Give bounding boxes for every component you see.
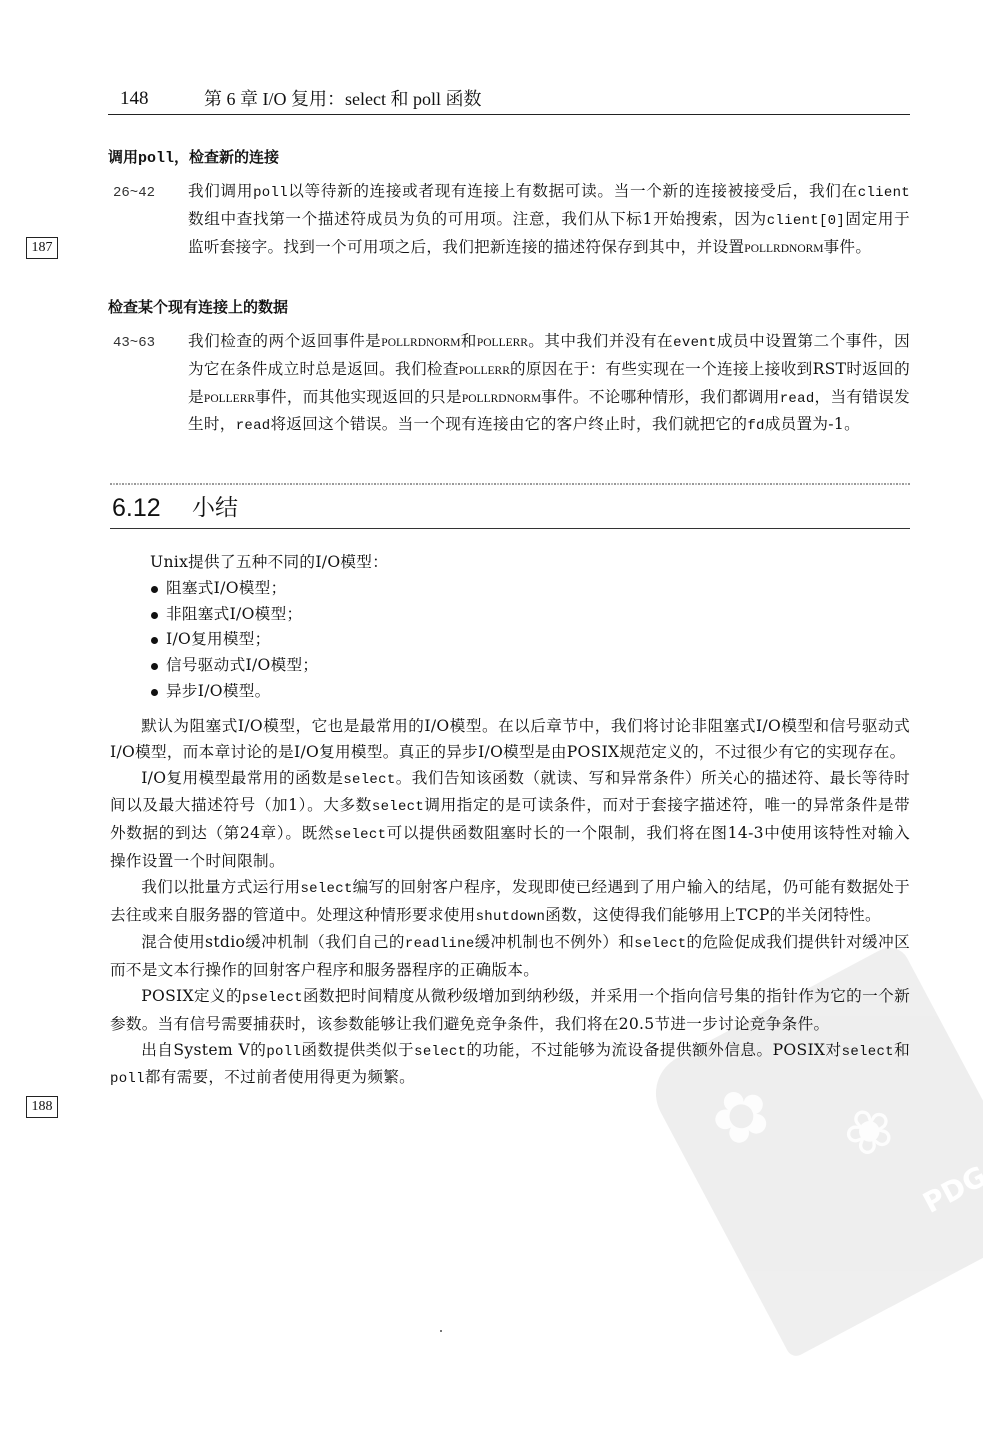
paragraph: POSIX定义的pselect函数把时间精度从微秒级增加到纳秒级，并采用一个指向… xyxy=(110,984,910,1038)
margin-page-ref: 187 xyxy=(26,237,58,259)
text-run: 事件，而其他实现返回的只是 xyxy=(255,388,462,406)
text-run: 函数提供类似于 xyxy=(301,1041,414,1059)
text-run: 。其中我们并没有在 xyxy=(528,332,673,350)
line-range: 43~63 xyxy=(113,335,155,351)
text-run: 以等待新的连接或者现有连接上有数据可读。当一个新的连接被接受后，我们在 xyxy=(288,182,858,200)
watermark-glyph: ❀ xyxy=(831,1089,908,1174)
inline-code: read xyxy=(236,418,271,434)
text-run: 混合使用stdio缓冲机制（我们自己的 xyxy=(141,933,405,951)
inline-code: poll xyxy=(266,1044,301,1060)
text-run: 出自System V的 xyxy=(141,1041,266,1059)
text-run: 缓冲机制也不例外）和 xyxy=(475,933,635,951)
subheading-call-poll: 调用poll，检查新的连接 xyxy=(108,146,279,170)
section-title: 小结 xyxy=(192,488,238,528)
inline-code: shutdown xyxy=(476,909,546,925)
text-run: 事件。 xyxy=(824,238,872,256)
text-run: 数组中查找第一个描述符成员为负的可用项。注意，我们从下标1开始搜索，因为 xyxy=(188,210,767,228)
constant-name: POLLERR xyxy=(459,365,510,377)
constant-name: POLLRDNORM xyxy=(744,243,823,255)
margin-page-ref: 188 xyxy=(26,1096,58,1118)
text-run: 成员置为-1。 xyxy=(765,415,860,433)
text-run: 我们以批量方式运行用 xyxy=(141,878,300,896)
text-run: POSIX定义的 xyxy=(141,987,242,1005)
inline-code: select xyxy=(414,1044,466,1060)
text-run: 和 xyxy=(894,1041,910,1059)
models-intro-block: Unix提供了五种不同的I/O模型： 阻塞式I/O模型； 非阻塞式I/O模型； … xyxy=(150,550,910,705)
text-run: 都有需要，不过前者使用得更为频繁。 xyxy=(145,1068,415,1086)
text-run: 和 xyxy=(461,332,477,350)
constant-name: POLLERR xyxy=(204,393,255,405)
paragraph: 混合使用stdio缓冲机制（我们自己的readline缓冲机制也不例外）和sel… xyxy=(110,930,910,984)
inline-code: readline xyxy=(405,936,475,952)
list-item: 阻塞式I/O模型； xyxy=(150,576,910,602)
subheading-check-data: 检查某个现有连接上的数据 xyxy=(108,296,288,318)
inline-code: client xyxy=(858,185,910,201)
paragraph-check-data: 我们检查的两个返回事件是POLLRDNORM和POLLERR。其中我们并没有在e… xyxy=(188,329,910,440)
inline-code: read xyxy=(780,391,815,407)
section-heading: 6.12 小结 xyxy=(110,488,910,529)
heading-code: poll xyxy=(138,150,174,167)
text-run: 函数，这使得我们能够用上TCP的半关闭特性。 xyxy=(545,906,881,924)
inline-code: poll xyxy=(110,1071,145,1087)
chapter-title: 第 6 章 I/O 复用：select 和 poll 函数 xyxy=(204,84,481,114)
list-item: I/O复用模型； xyxy=(150,627,910,653)
text-run: 事件。不论哪种情形，我们都调用 xyxy=(541,388,780,406)
inline-code: select xyxy=(343,772,395,788)
heading-text: 调用 xyxy=(108,148,138,166)
inline-code: select xyxy=(300,881,352,897)
io-models-list: 阻塞式I/O模型； 非阻塞式I/O模型； I/O复用模型； 信号驱动式I/O模型… xyxy=(150,576,910,705)
list-item: 异步I/O模型。 xyxy=(150,679,910,705)
text-run: 默认为阻塞式I/O模型，它也是最常用的I/O模型。在以后章节中，我们将讨论非阻塞… xyxy=(110,717,910,761)
paragraph: 出自System V的poll函数提供类似于select的功能，不过能够为流设备… xyxy=(110,1038,910,1094)
inline-code: select xyxy=(842,1044,894,1060)
text-run: 我们检查的两个返回事件是 xyxy=(188,332,381,350)
models-intro: Unix提供了五种不同的I/O模型： xyxy=(150,550,910,576)
watermark-label: PDG xyxy=(918,1159,983,1219)
paragraph: 默认为阻塞式I/O模型，它也是最常用的I/O模型。在以后章节中，我们将讨论非阻塞… xyxy=(110,714,910,766)
paragraph: I/O复用模型最常用的函数是select。我们告知该函数（就读、写和异常条件）所… xyxy=(110,766,910,875)
inline-code: select xyxy=(334,827,386,843)
inline-code: pselect xyxy=(242,990,303,1006)
inline-code: select xyxy=(634,936,686,952)
constant-name: POLLRDNORM xyxy=(381,337,460,349)
running-header: 148 第 6 章 I/O 复用：select 和 poll 函数 xyxy=(108,84,910,115)
list-item: 非阻塞式I/O模型； xyxy=(150,602,910,628)
summary-body: 默认为阻塞式I/O模型，它也是最常用的I/O模型。在以后章节中，我们将讨论非阻塞… xyxy=(110,714,910,1093)
scan-speck xyxy=(440,1330,442,1332)
inline-code: fd xyxy=(747,418,764,434)
section-divider xyxy=(110,483,910,485)
text-run: 的功能，不过能够为流设备提供额外信息。POSIX对 xyxy=(466,1041,841,1059)
inline-code: poll xyxy=(253,185,288,201)
inline-code: client[0] xyxy=(767,213,845,229)
text-run: I/O复用模型最常用的函数是 xyxy=(141,769,343,787)
inline-code: event xyxy=(673,335,717,351)
paragraph: 我们以批量方式运行用select编写的回射客户程序，发现即使已经遇到了用户输入的… xyxy=(110,875,910,931)
page-number: 148 xyxy=(120,84,149,114)
inline-code: select xyxy=(372,799,424,815)
text-run: 将返回这个错误。当一个现有连接由它的客户终止时，我们就把它的 xyxy=(271,415,748,433)
heading-text: ，检查新的连接 xyxy=(174,148,279,166)
section-number: 6.12 xyxy=(112,488,161,528)
constant-name: POLLRDNORM xyxy=(462,393,541,405)
constant-name: POLLERR xyxy=(477,337,528,349)
paragraph-poll: 我们调用poll以等待新的连接或者现有连接上有数据可读。当一个新的连接被接受后，… xyxy=(188,179,910,262)
list-item: 信号驱动式I/O模型； xyxy=(150,653,910,679)
line-range: 26~42 xyxy=(113,185,155,201)
text-run: 我们调用 xyxy=(188,182,253,200)
